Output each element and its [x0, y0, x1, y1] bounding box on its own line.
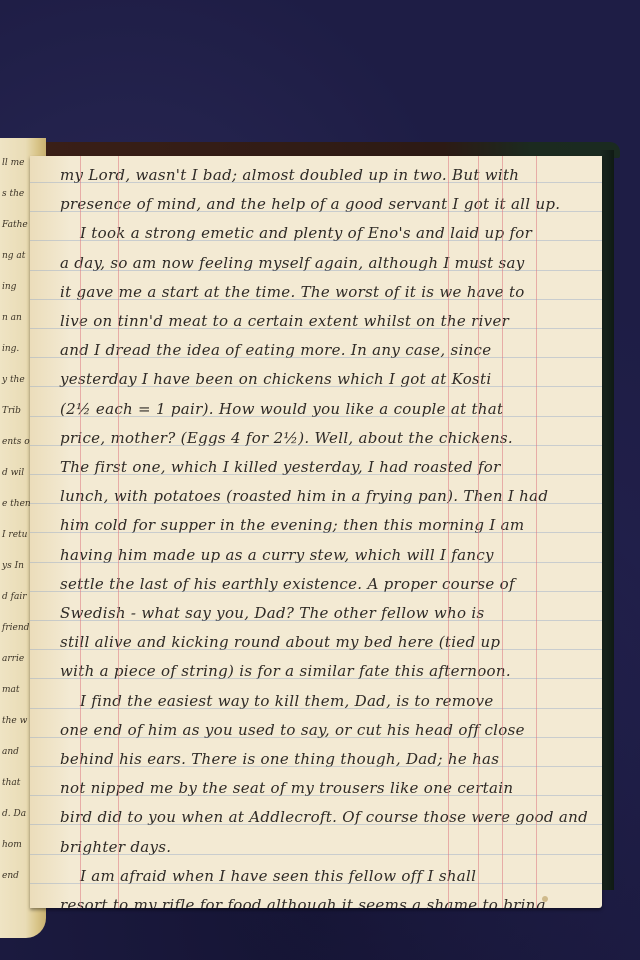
facing-page-fragment: ing.	[2, 344, 19, 354]
facing-page-fragment: ys In	[2, 561, 24, 571]
margin-rule	[536, 156, 537, 908]
ruled-line	[30, 386, 602, 387]
paper-stain	[542, 896, 548, 902]
facing-page-fragment: the w	[2, 716, 27, 726]
ruled-line	[30, 532, 602, 533]
facing-page-fragment: hom	[2, 840, 22, 850]
facing-page-fragment: ng at	[2, 251, 25, 261]
margin-rule	[502, 156, 503, 908]
ruled-line	[30, 766, 602, 767]
ruled-line	[30, 591, 602, 592]
ruled-line	[30, 562, 602, 563]
facing-page-fragment: e then	[2, 499, 31, 509]
ruled-line	[30, 474, 602, 475]
margin-rule	[478, 156, 479, 908]
ruled-line	[30, 854, 602, 855]
facing-page-fragment: end	[2, 871, 19, 881]
facing-page-fragment: Trib	[2, 406, 21, 416]
ruled-line	[30, 883, 602, 884]
ruled-line	[30, 357, 602, 358]
facing-page-fragment: and	[2, 747, 19, 757]
ruled-line	[30, 299, 602, 300]
ruled-line	[30, 270, 602, 271]
facing-page-fragment: s the	[2, 189, 24, 199]
facing-page-fragment: I retu	[2, 530, 27, 540]
ruled-line	[30, 328, 602, 329]
margin-rule	[80, 156, 81, 908]
ruled-line	[30, 182, 602, 183]
ruled-line	[30, 620, 602, 621]
ruled-line	[30, 708, 602, 709]
facing-page-fragment: n an	[2, 313, 22, 323]
margin-rule	[448, 156, 449, 908]
facing-page-fragment: ents o	[2, 437, 30, 447]
text-line: resort to my rifle for food although it …	[60, 896, 546, 908]
ruled-line	[30, 416, 602, 417]
facing-page-fragment: d fair	[2, 592, 27, 602]
ruled-line	[30, 211, 602, 212]
ruled-line	[30, 824, 602, 825]
ruled-line	[30, 678, 602, 679]
ruled-line	[30, 503, 602, 504]
facing-page-fragment: d wil	[2, 468, 24, 478]
facing-page-fragment: friend	[2, 623, 29, 633]
ruled-line	[30, 649, 602, 650]
ruled-line	[30, 795, 602, 796]
facing-page-fragment: d. Da	[2, 809, 26, 819]
facing-page-fragment: mat	[2, 685, 20, 695]
margin-rule	[118, 156, 119, 908]
ruled-line	[30, 737, 602, 738]
ruled-line	[30, 240, 602, 241]
letter-page: my Lord, wasn't I bad; almost doubled up…	[30, 156, 602, 908]
facing-page-fragment: y the	[2, 375, 25, 385]
facing-page-fragment: ll me	[2, 158, 24, 168]
ruled-line	[30, 445, 602, 446]
facing-page-fragment: ing	[2, 282, 16, 292]
book-cover-edge	[600, 150, 614, 890]
facing-page-fragment: that	[2, 778, 20, 788]
facing-page-fragment: arrie	[2, 654, 24, 664]
facing-page-fragment: Fathe	[2, 220, 28, 230]
